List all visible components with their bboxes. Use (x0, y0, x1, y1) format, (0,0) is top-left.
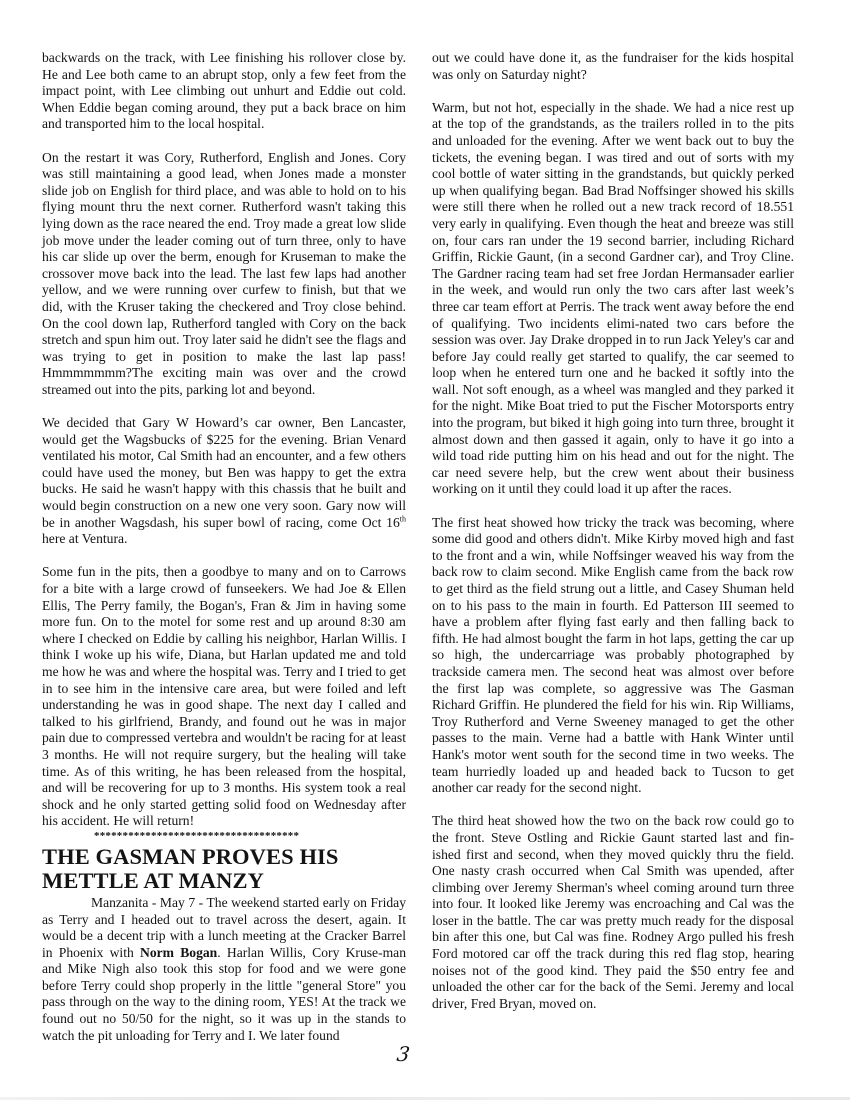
wagsbucks-text: We decided that Gary W Howard’s car owne… (42, 415, 406, 530)
page-number: 3 (396, 1044, 412, 1064)
paragraph-fun-in-pits: Some fun in the pits, then a goodbye to … (42, 564, 406, 830)
asterisk-separator: ************************************ (42, 830, 406, 843)
ordinal-superscript: th (400, 514, 406, 523)
newsletter-page: backwards on the track, with Lee finishi… (0, 0, 850, 1100)
left-column: backwards on the track, with Lee finishi… (42, 50, 406, 1044)
paragraph-first-second-heat: The first heat showed how tricky the tra… (432, 515, 794, 797)
paragraph-qualifying: Warm, but not hot, especially in the sha… (432, 100, 794, 498)
paragraph-third-heat: The third heat showed how the two on the… (432, 813, 794, 1012)
wagsbucks-text-end: here at Ventura. (42, 531, 127, 546)
right-column: out we could have done it, as the fundra… (432, 50, 794, 1029)
paragraph-crash-aftermath: backwards on the track, with Lee finishi… (42, 50, 406, 133)
bold-name-norm-bogan: Norm Bogan (140, 945, 217, 960)
paragraph-restart: On the restart it was Cory, Rutherford, … (42, 150, 406, 399)
paragraph-article-intro: Manzanita - May 7 - The weekend started … (42, 895, 406, 1044)
article-headline: THE GASMAN PROVES HIS METTLE AT MANZY (42, 845, 406, 893)
paragraph-fundraiser: out we could have done it, as the fundra… (432, 50, 794, 83)
paragraph-wagsbucks: We decided that Gary W Howard’s car owne… (42, 415, 406, 548)
